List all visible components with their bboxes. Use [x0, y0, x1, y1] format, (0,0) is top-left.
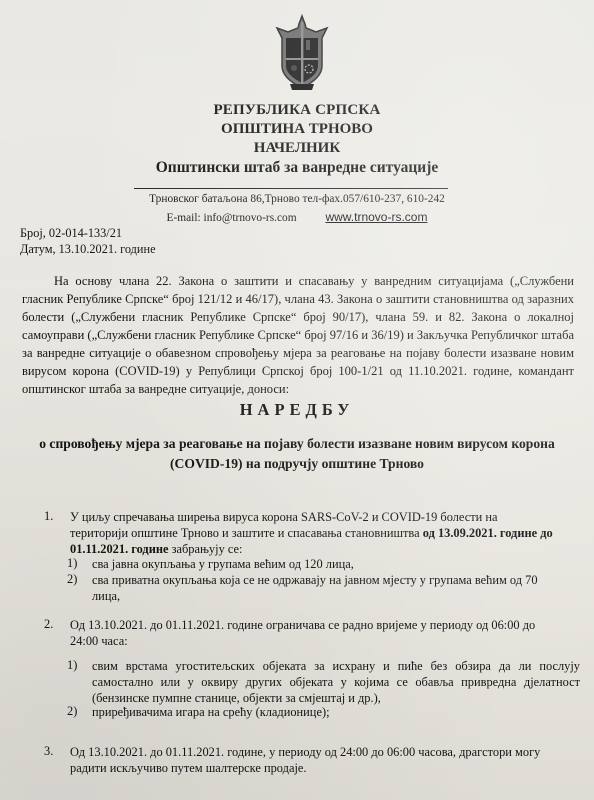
item-2-sub-1-number: 1) — [67, 658, 77, 673]
item-1-sub-2-number: 2) — [67, 572, 77, 587]
item-1-text: У циљу спречавања ширења вируса корона S… — [70, 509, 580, 557]
item-1-line-3: 01.11.2021. године забрањују се: — [70, 541, 580, 557]
item-3-text: Од 13.10.2021. до 01.11.2021. године, у … — [70, 744, 582, 776]
header-republic: РЕПУБЛИКА СРПСКА — [0, 102, 594, 119]
item-1-line-2-bold: од 13.09.2021. године до — [423, 526, 553, 540]
item-1-sub-1-text: сва јавна окупљања у групама већим од 12… — [92, 556, 572, 572]
preamble-paragraph: На основу члана 22. Закона о заштити и с… — [22, 272, 574, 398]
item-1-line-2: територији општине Трново и заштите и сп… — [70, 525, 580, 541]
subtitle-line-2: (COVID-19) на подручју општине Трново — [10, 454, 584, 474]
item-1-sub-2-line-2: лица, — [92, 588, 572, 604]
subtitle-line-1: о спровођењу мјера за реаговање на појав… — [10, 434, 584, 454]
item-2-sub-1-text: свим врстама угоститељских објеката за и… — [92, 658, 580, 706]
item-3-line-2: радити искључиво путем шалтерске продаје… — [70, 760, 582, 776]
document-date: Датум, 13.10.2021. године — [20, 242, 156, 257]
email-text: E-mail: info@trnovo-rs.com — [167, 212, 297, 224]
item-2-line-1: Од 13.10.2021. до 01.11.2021. године огр… — [70, 617, 580, 633]
item-3-number: 3. — [44, 744, 53, 759]
item-1-number: 1. — [44, 509, 53, 524]
header-mayor: НАЧЕЛНИК — [0, 140, 594, 157]
header-divider — [134, 188, 448, 189]
document-number: Број, 02-014-133/21 — [20, 226, 122, 241]
document-subtitle: о спровођењу мјера за реаговање на појав… — [10, 434, 584, 474]
header-address: Трновског батаљона 86,Трново тел-фах.057… — [0, 193, 594, 205]
item-1-sub-2-text: сва приватна окупљања која се не одржава… — [92, 572, 572, 604]
document-title: НАРЕДБУ — [0, 400, 594, 420]
header-municipality: ОПШТИНА ТРНОВО — [0, 121, 594, 138]
item-2-sub-2-text: приређивачима игара на срећу (кладионице… — [92, 704, 580, 720]
website-link[interactable]: www.trnovo-rs.com — [325, 210, 427, 224]
item-3-line-1: Од 13.10.2021. до 01.11.2021. године, у … — [70, 744, 582, 760]
item-1-line-2-plain: територији општине Трново и заштите и сп… — [70, 526, 423, 540]
scanned-document-page: РЕПУБЛИКА СРПСКА ОПШТИНА ТРНОВО НАЧЕЛНИК… — [0, 0, 594, 800]
header-emergency-staff: Општински штаб за ванредне ситуације — [0, 159, 594, 177]
item-2-text: Од 13.10.2021. до 01.11.2021. године огр… — [70, 617, 580, 649]
item-1-sub-1-number: 1) — [67, 556, 77, 571]
item-1-sub-2-line-1: сва приватна окупљања која се не одржава… — [92, 572, 572, 588]
item-1-line-1: У циљу спречавања ширења вируса корона S… — [70, 509, 580, 525]
item-2-number: 2. — [44, 617, 53, 632]
municipal-coat-of-arms-icon — [272, 14, 332, 94]
item-1-line-3-bold: 01.11.2021. године — [70, 542, 168, 556]
item-2-sub-2-number: 2) — [67, 704, 77, 719]
item-2-line-2: 24:00 часа: — [70, 633, 580, 649]
header-contact: E-mail: info@trnovo-rs.com www.trnovo-rs… — [0, 210, 594, 224]
item-1-line-3-plain: забрањују се: — [168, 542, 242, 556]
